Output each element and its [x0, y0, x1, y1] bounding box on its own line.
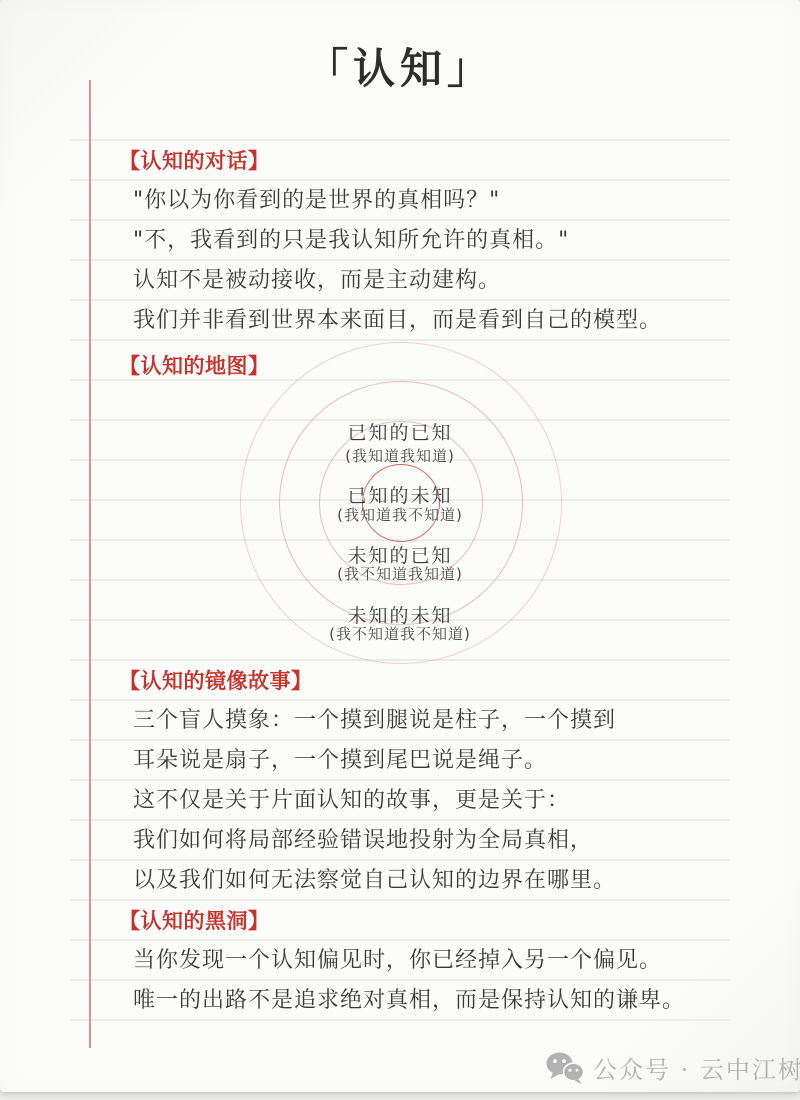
- handwritten-line: 认知不是被动接收，而是主动建构。: [133, 261, 501, 301]
- ring-sublabel: (我不知道我知道): [200, 564, 600, 584]
- notebook-paper: 「认知」 【认知的对话】 "你以为你看到的是世界的真相吗？" "不，我看到的只是…: [0, 0, 800, 1092]
- handwritten-line: 耳朵说是扇子，一个摸到尾巴说是绳子。: [133, 741, 547, 781]
- ring-sublabel: (我不知道我不知道): [200, 624, 600, 644]
- ring-sublabel: (我知道我知道): [200, 446, 600, 466]
- section-header-dialogue: 【认知的对话】: [119, 141, 270, 181]
- ring-label: 已知的已知: [200, 420, 600, 446]
- ring-sublabel: (我知道我不知道): [200, 505, 600, 525]
- handwritten-line: 这不仅是关于片面认知的故事，更是关于：: [133, 781, 570, 821]
- footer-account-text: 公众号 · 云中江树: [593, 1050, 800, 1085]
- handwritten-line: 我们并非看到世界本来面目，而是看到自己的模型。: [133, 301, 662, 341]
- handwritten-line: "不，我看到的只是我认知所允许的真相。": [133, 221, 569, 261]
- margin-line: [89, 80, 91, 1048]
- handwritten-line: "你以为你看到的是世界的真相吗？": [133, 181, 500, 221]
- footer-watermark: 公众号 · 云中江树: [545, 1050, 800, 1085]
- page-title: 「认知」: [0, 36, 800, 96]
- handwritten-line: 当你发现一个认知偏见时，你已经掉入另一个偏见。: [133, 941, 662, 981]
- handwritten-line: 三个盲人摸象：一个摸到腿说是柱子，一个摸到: [133, 701, 616, 741]
- handwritten-line: 以及我们如何无法察觉自己认知的边界在哪里。: [133, 861, 616, 901]
- handwritten-line: 唯一的出路不是追求绝对真相，而是保持认知的谦卑。: [133, 981, 685, 1021]
- section-header-blackhole: 【认知的黑洞】: [119, 901, 270, 941]
- section-header-map: 【认知的地图】: [119, 346, 270, 386]
- wechat-icon: [545, 1051, 585, 1085]
- handwritten-line: 我们如何将局部经验错误地投射为全局真相，: [133, 821, 593, 861]
- section-header-mirror: 【认知的镜像故事】: [119, 661, 313, 701]
